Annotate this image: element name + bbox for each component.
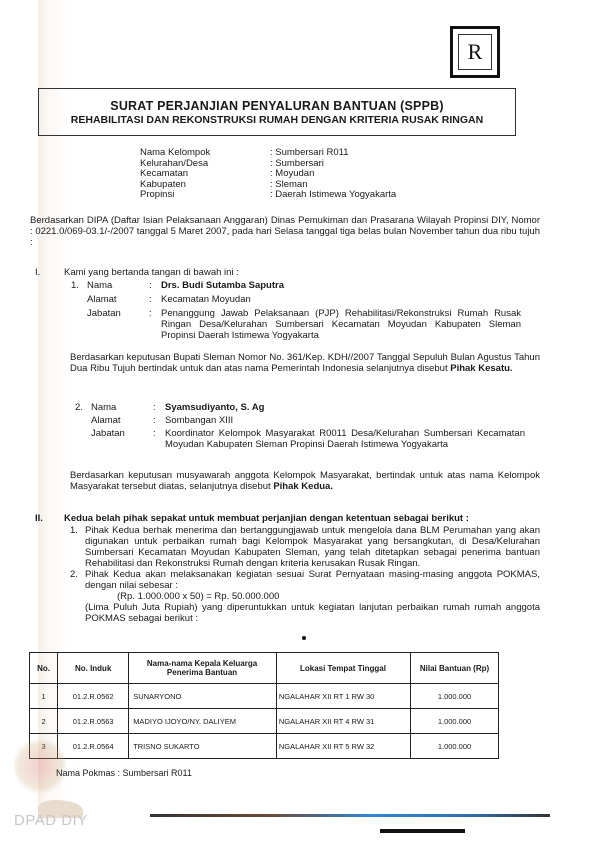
document-title-box: SURAT PERJANJIAN PENYALURAN BANTUAN (SPP… [38, 88, 516, 136]
party-2: 2.Nama:Syamsudiyanto, S. Ag Alamat:Somba… [75, 402, 525, 450]
term-item: 2. Pihak Kedua akan melaksanakan kegiata… [70, 569, 540, 624]
identity-row: Kecamatan: Moyudan [140, 169, 396, 180]
identity-row: Propinsi: Daerah Istimewa Yogyakarta [140, 190, 396, 201]
table-row: 1 01.2.R.0562 SUNARYONO NGALAHAR XII RT … [30, 684, 499, 709]
category-letter: R [458, 34, 492, 70]
emblem-icon [14, 735, 66, 797]
stray-mark [302, 636, 306, 640]
party-1-basis: Berdasarkan keputusan Bupati Sleman Nomo… [70, 352, 540, 374]
party-1: 1.Nama:Drs. Budi Sutamba Saputra Alamat:… [71, 280, 521, 341]
scan-artifact [380, 829, 465, 833]
section-2-heading: II.Kedua belah pihak sepakat untuk membu… [35, 513, 545, 524]
intro-paragraph: Berdasarkan DIPA (Daftar Isian Pelaksana… [30, 215, 540, 248]
term-item: 1. Pihak Kedua berhak menerima dan berta… [70, 525, 540, 569]
agreement-terms: 1. Pihak Kedua berhak menerima dan berta… [70, 525, 540, 624]
document-title: SURAT PERJANJIAN PENYALURAN BANTUAN (SPP… [39, 99, 515, 113]
document-subtitle: REHABILITASI DAN REKONSTRUKSI RUMAH DENG… [39, 114, 515, 126]
beneficiary-table: No. No. Induk Nama-nama Kepala Keluarga … [29, 652, 499, 759]
amount-formula: (Rp. 1.000.000 x 50) = Rp. 50.000.000 [85, 591, 540, 602]
table-header-row: No. No. Induk Nama-nama Kepala Keluarga … [30, 653, 499, 684]
group-identity: Nama Kelompok: Sumbersari R011 Kelurahan… [140, 148, 396, 201]
party-1-name: Drs. Budi Sutamba Saputra [161, 280, 521, 291]
party-2-name: Syamsudiyanto, S. Ag [165, 402, 525, 413]
table-row: 3 01.2.R.0564 TRISNO SUKARTO NGALAHAR XI… [30, 734, 499, 759]
pokmas-name: Nama Pokmas : Sumbersari R011 [56, 768, 192, 778]
watermark: DPAD DIY [14, 812, 88, 829]
table-row: 2 01.2.R.0563 MADIYO IJOYO/NY. DALIYEM N… [30, 709, 499, 734]
identity-row: Nama Kelompok: Sumbersari R011 [140, 148, 396, 159]
section-1-heading: I.Kami yang bertanda tangan di bawah ini… [35, 267, 540, 278]
page-bottom-edge [150, 814, 550, 817]
party-2-basis: Berdasarkan keputusan musyawarah anggota… [70, 470, 540, 492]
category-badge: R [450, 26, 500, 78]
